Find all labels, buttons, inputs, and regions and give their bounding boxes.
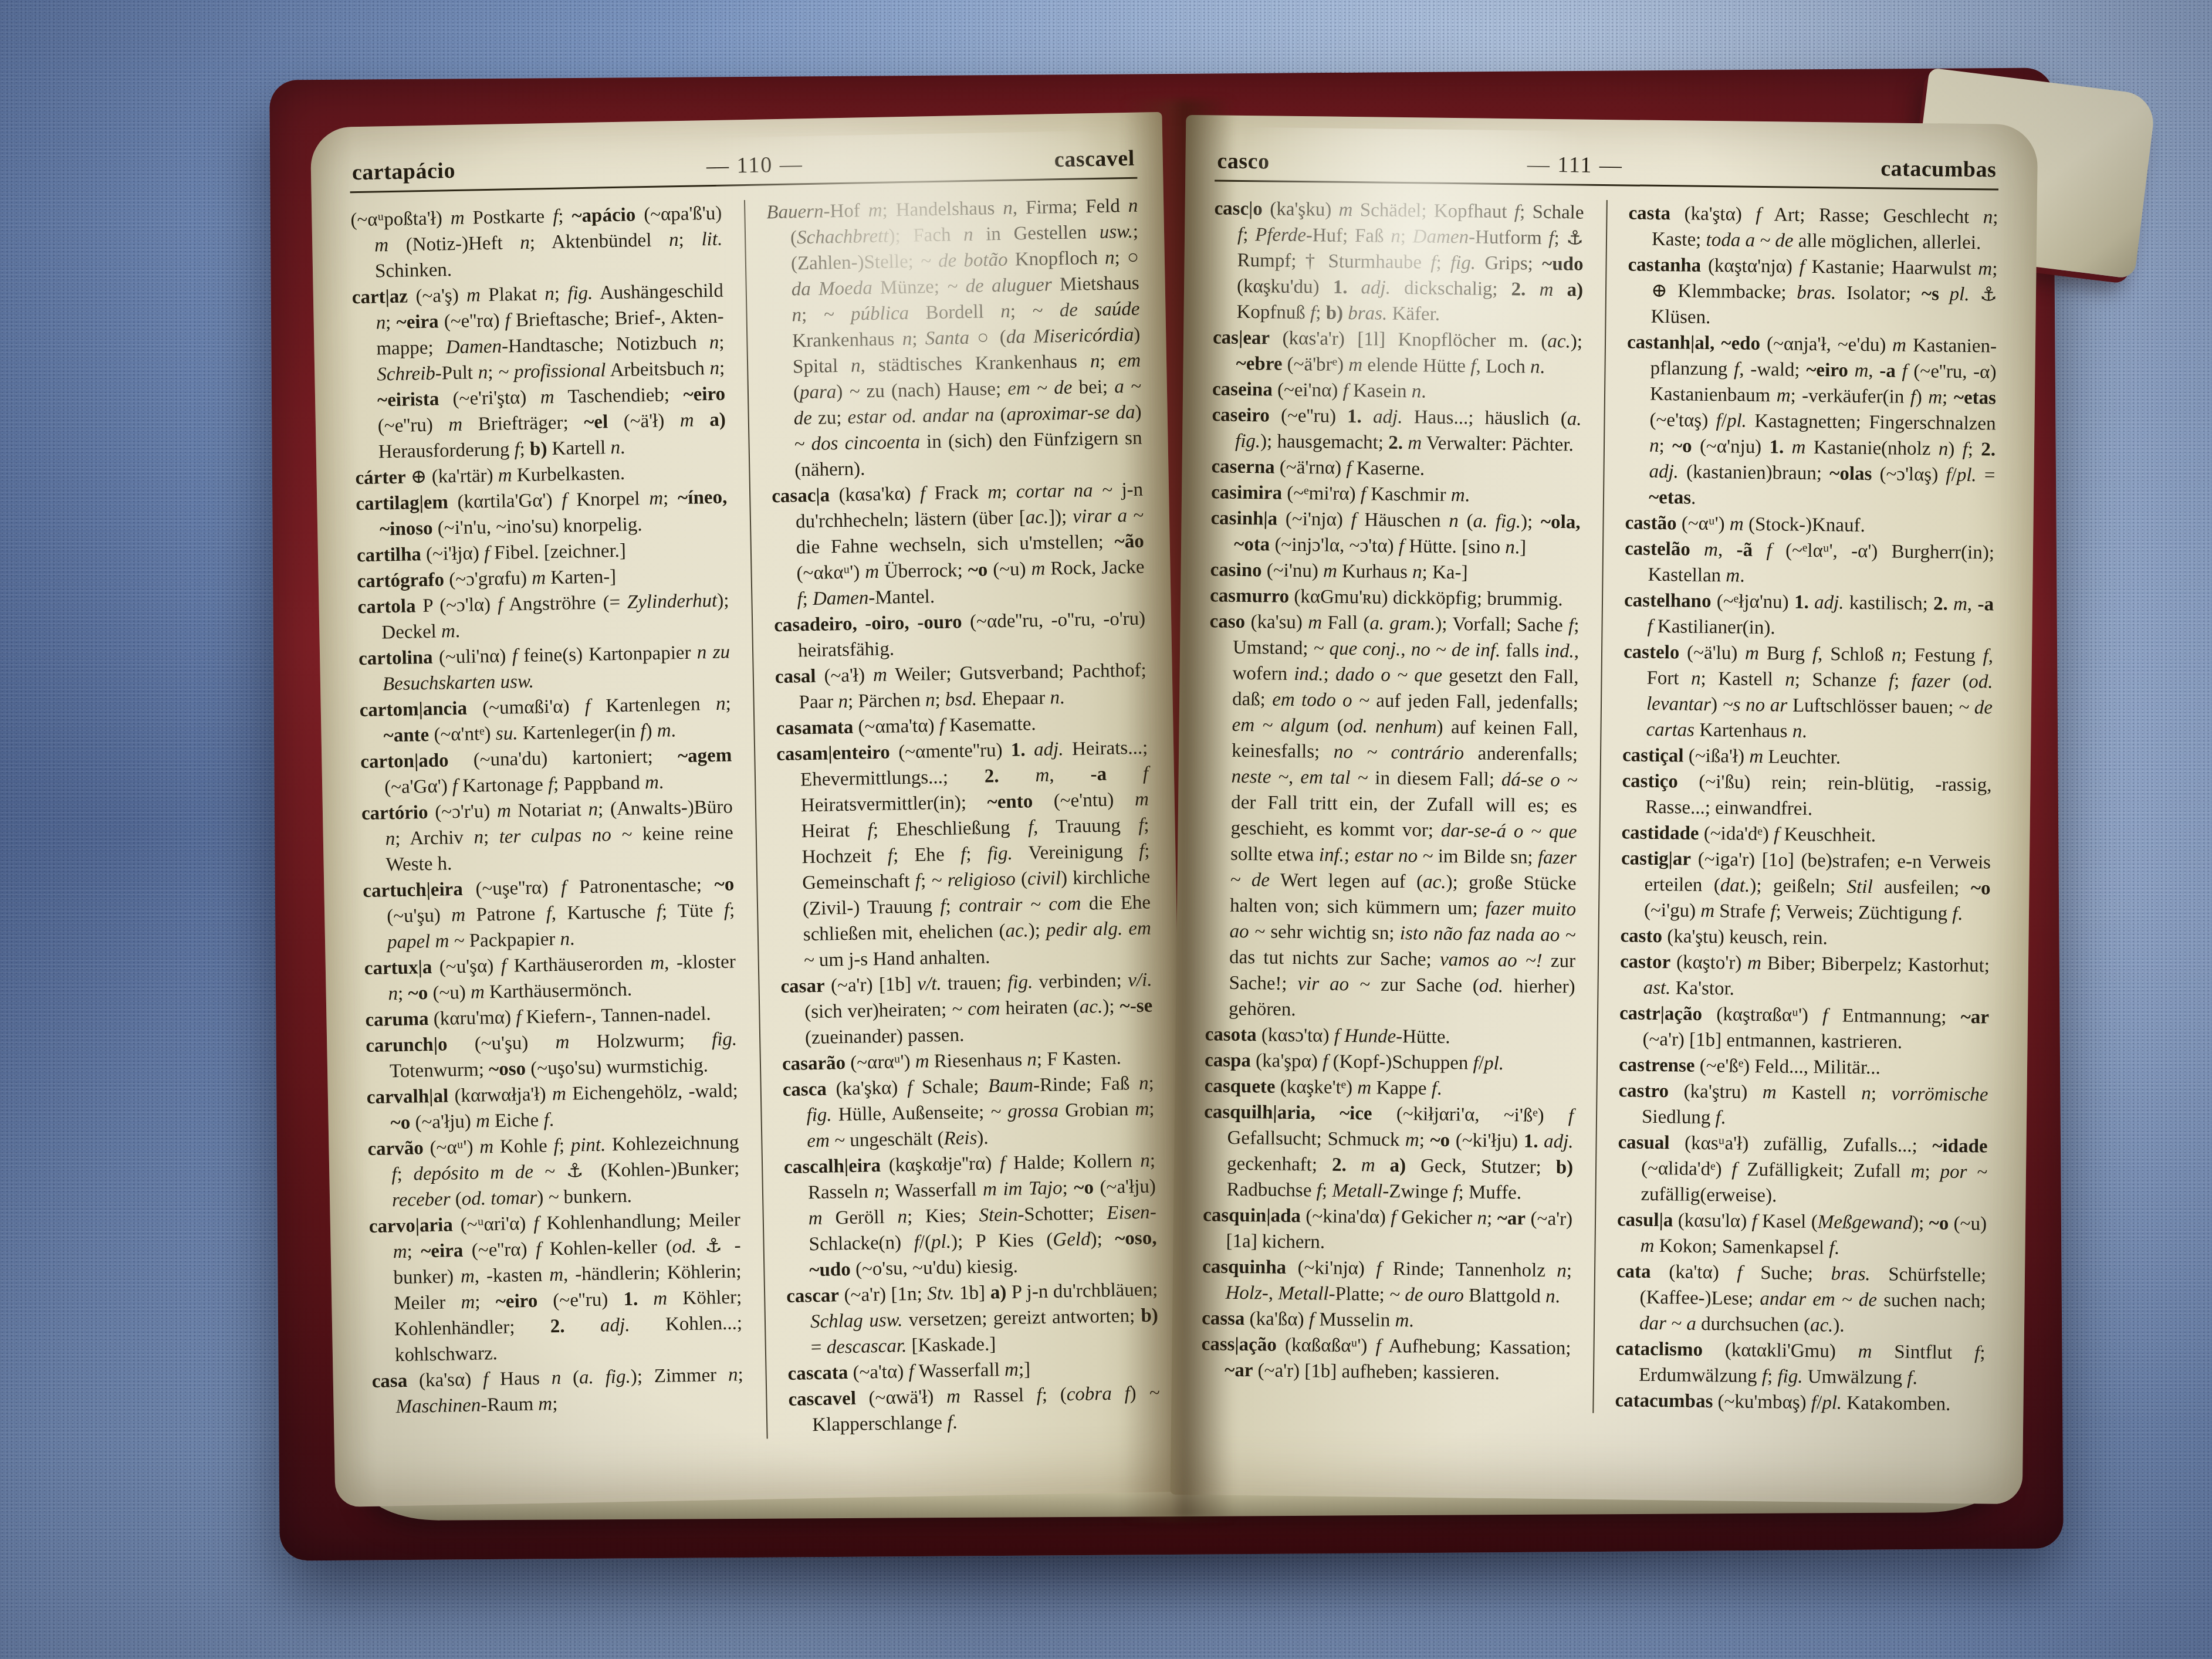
photo-of-open-dictionary: { "photo": { "description": "Open Portug… xyxy=(0,0,2212,1659)
dictionary-entry: cartolina (~uli'nα) f feine(s) Kartonpap… xyxy=(358,639,731,698)
dictionary-entry: casual (kαsᵘa'ł) zufällig, Zufalls...; ~… xyxy=(1617,1129,1987,1211)
dictionary-entry: catacumbas (~ku'mbαş) f/pl. Katakomben. xyxy=(1615,1387,1984,1417)
right-page-header: casco — 111 — catacumbas xyxy=(1215,148,1999,190)
dictionary-entry: cascalh|eira (kαşkαłje''rα) f Halde; Kol… xyxy=(784,1147,1158,1284)
dictionary-entry: casquin|ada (~kina'dα) f Gekicher n; ~ar… xyxy=(1202,1202,1572,1258)
dictionary-entry: castig|ar (~iga'r) [1o] (be)strafen; e-n… xyxy=(1621,845,1991,927)
dictionary-column: (~αᵘpoßta'ł) m Postkarte f; ~apácio (~αp… xyxy=(350,201,745,1446)
dictionary-entry: cartilag|em (kαrtila'Gα') f Knorpel m; ~… xyxy=(356,485,728,543)
dictionary-entry: casac|a (kαsa'kα) f Frack m; cortar na ~… xyxy=(772,477,1145,613)
dictionary-entry: (~αᵘpoßta'ł) m Postkarte f; ~apácio (~αp… xyxy=(350,201,723,285)
dictionary-entry: cata (ka'tα) f Suche; bras. Schürfstelle… xyxy=(1616,1258,1986,1340)
left-page-columns: (~αᵘpoßta'ł) m Postkarte f; ~apácio (~αp… xyxy=(350,193,1160,1446)
dictionary-entry: casmurro (kαGmu'ʀu) dickköpfig; brummig. xyxy=(1210,583,1579,612)
dictionary-entry: caspa (ka'şpα) f (Kopf-)Schuppen f/pl. xyxy=(1205,1047,1574,1077)
dictionary-entry: casar (~a'r) [1b] v/t. trauen; fig. verb… xyxy=(780,967,1153,1051)
dictionary-entry: carton|ado (~una'du) kartoniert; ~agem (… xyxy=(360,743,733,801)
dictionary-entry: carunch|o (~u'şu) m Holzwurm; fig. Toten… xyxy=(366,1026,738,1085)
left-page: cartapácio — 110 — cascavel (~αᵘpoßta'ł)… xyxy=(310,112,1188,1507)
page-number: — 110 — xyxy=(706,151,803,179)
dictionary-entry: casam|enteiro (~αmente''ru) 1. adj. Heir… xyxy=(776,735,1152,974)
dictionary-entry: casquinha (~ki'njα) f Rinde; Tannenholz … xyxy=(1202,1254,1572,1309)
dictionary-entry: carvo|aria (~ᵘαri'α) f Kohlenhandlung; M… xyxy=(369,1207,743,1369)
dictionary-entry: cart|az (~a'ş) m Plakat n; fig. Aushänge… xyxy=(351,278,726,466)
dictionary-entry: casta (ka'ştα) f Art; Rasse; Geschlecht … xyxy=(1628,200,1998,256)
dictionary-entry: cass|ação (kαßαßαᵘ') f Aufhebung; Kassat… xyxy=(1201,1331,1571,1387)
dictionary-entry: castro (ka'ştru) m Kastell n; vorrömisch… xyxy=(1618,1078,1988,1133)
dictionary-entry: casimira (~ᵉmi'rα) f Kaschmir m. xyxy=(1211,479,1581,509)
right-page-content: casco — 111 — catacumbas casc|o (ka'şku)… xyxy=(1171,115,2038,1504)
dictionary-entry: casota (kαsɔ'tα) f Hunde-Hütte. xyxy=(1205,1021,1574,1051)
dictionary-entry: cartuch|eira (~uşe''rα) f Patronentasche… xyxy=(363,871,735,956)
dictionary-entry: casadeiro, -oiro, -ouro (~αde''ru, -o''r… xyxy=(774,606,1146,665)
dictionary-entry: cartola P (~ɔ'lα) f Angströhre (= Zylind… xyxy=(357,588,730,646)
dictionary-entry: carvalh|al (kαrwαłja'ł) m Eichengehölz, … xyxy=(366,1078,739,1136)
dictionary-entry: castelo (~ä'lu) m Burg f, Schloß n; Fest… xyxy=(1622,639,1993,746)
dictionary-entry: cas|ear (kαs'a'r) [1l] Knopflöcher m. (a… xyxy=(1212,324,1582,380)
dictionary-entry: casal (~a'ł) m Weiler; Gutsverband; Pach… xyxy=(774,658,1147,716)
dictionary-entry: castão (~αᵘ') m (Stock-)Knauf. xyxy=(1625,510,1994,540)
dictionary-entry: casca (ka'şkα) f Schale; Baum-Rinde; Faß… xyxy=(782,1070,1155,1154)
left-page-content: cartapácio — 110 — cascavel (~αᵘpoßta'ł)… xyxy=(310,112,1188,1507)
dictionary-entry: castidade (~ida'dᵉ) f Keuschheit. xyxy=(1621,820,1991,849)
dictionary-entry: castr|ação (kαştrαßαᵘ') f Entmannung; ~a… xyxy=(1619,1000,1989,1056)
dictionary-entry: castelão m, -ã f (~ᵉlαᵘ', -α') Burgherr(… xyxy=(1624,536,1994,591)
dictionary-entry: casa (ka'sα) f Haus n (a. fig.); Zimmer … xyxy=(371,1362,744,1420)
dictionary-entry: castanha (kαştα'njα) f Kastanie; Haarwul… xyxy=(1627,252,1997,333)
dictionary-entry: caseina (~ei'nα) f Kasein n. xyxy=(1212,376,1582,406)
dictionary-entry: castiço (~i'ßu) rein; rein-blütig, -rass… xyxy=(1622,768,1992,824)
book-gutter-shadow xyxy=(1123,100,1234,1519)
dictionary-entry: cartom|ancia (~umαßi'α) f Kartenlegen n;… xyxy=(359,691,732,750)
dictionary-entry: cataclismo (kαtαkli'Gmu) m Sintflut f; E… xyxy=(1615,1336,1986,1391)
dictionary-entry: castor (kαşto'r) m Biber; Biberpelz; Kas… xyxy=(1619,949,1990,1004)
right-page-columns: casc|o (ka'şku) m Schädel; Kopfhaut f; S… xyxy=(1200,195,1998,1417)
dictionary-entry: cartório (~ɔ'r'u) m Notariat n; (Anwalts… xyxy=(361,794,734,878)
guide-word-left: cartapácio xyxy=(352,158,456,185)
dictionary-entry: Bauern-Hof m; Handelshaus n, Firma; Feld… xyxy=(766,193,1143,484)
dictionary-entry: cassa (ka'ßα) f Musselin m. xyxy=(1202,1305,1571,1335)
dictionary-entry: casto (ka'ştu) keusch, rein. xyxy=(1620,923,1990,953)
dictionary-entry: casino (~i'nu) m Kurhaus n; Ka-] xyxy=(1210,557,1579,587)
dictionary-column: casta (ka'ştα) f Art; Rasse; Geschlecht … xyxy=(1592,200,1998,1417)
dictionary-entry: castiçal (~ißa'ł) m Leuchter. xyxy=(1622,742,1992,772)
dictionary-entry: casquete (kαşke'tᵉ) m Kappe f. xyxy=(1204,1073,1574,1103)
dictionary-entry: casquilh|aria, ~ice (~kiłjαri'α, ~i'ßᵉ) … xyxy=(1203,1099,1574,1206)
page-number: — 111 — xyxy=(1527,151,1624,178)
dictionary-entry: caseiro (~e''ru) 1. adj. Haus...; häusli… xyxy=(1212,402,1582,458)
dictionary-entry: castrense (~e'ßᵉ) Feld..., Militär... xyxy=(1619,1052,1988,1082)
dictionary-entry: casinh|a (~i'njα) f Häuschen n (a. fig.)… xyxy=(1210,505,1581,561)
dictionary-entry: carvão (~αᵘ') m Kohle f; pint. Kohlezeic… xyxy=(367,1129,740,1214)
left-page-header: cartapácio — 110 — cascavel xyxy=(350,145,1138,194)
dictionary-entry: caso (ka'su) m Fall (a. gram.); Vorfall;… xyxy=(1205,608,1579,1025)
dictionary-entry: castanh|al, ~edo (~αnja'ł, ~e'du) m Kast… xyxy=(1625,329,1997,514)
guide-word-right: catacumbas xyxy=(1880,155,1997,182)
dictionary-entry: caserna (~ä'rnα) f Kaserne. xyxy=(1211,453,1581,483)
dictionary-entry: cascar (~a'r) [1n; Stv. 1b] a) P j-n du'… xyxy=(786,1277,1159,1361)
dictionary-entry: castelhano (~ᵉłjα'nu) 1. adj. kastilisch… xyxy=(1624,587,1994,643)
dictionary-column: Bauern-Hof m; Handelshaus n, Firma; Feld… xyxy=(744,193,1161,1439)
right-page: casco — 111 — catacumbas casc|o (ka'şku)… xyxy=(1171,115,2038,1504)
dictionary-column: casc|o (ka'şku) m Schädel; Kopfhaut f; S… xyxy=(1200,195,1584,1413)
dictionary-entry: casul|a (kαsu'lα) f Kasel (Meßgewand); ~… xyxy=(1616,1207,1987,1262)
dictionary-entry: casc|o (ka'şku) m Schädel; Kopfhaut f; S… xyxy=(1213,195,1584,329)
dictionary-entry: cartux|a (~u'şα) f Karthäuserorden m, -k… xyxy=(364,949,736,1007)
dictionary-entry: cascavel (~αwä'ł) m Rassel f; (cobra f) … xyxy=(788,1380,1161,1438)
